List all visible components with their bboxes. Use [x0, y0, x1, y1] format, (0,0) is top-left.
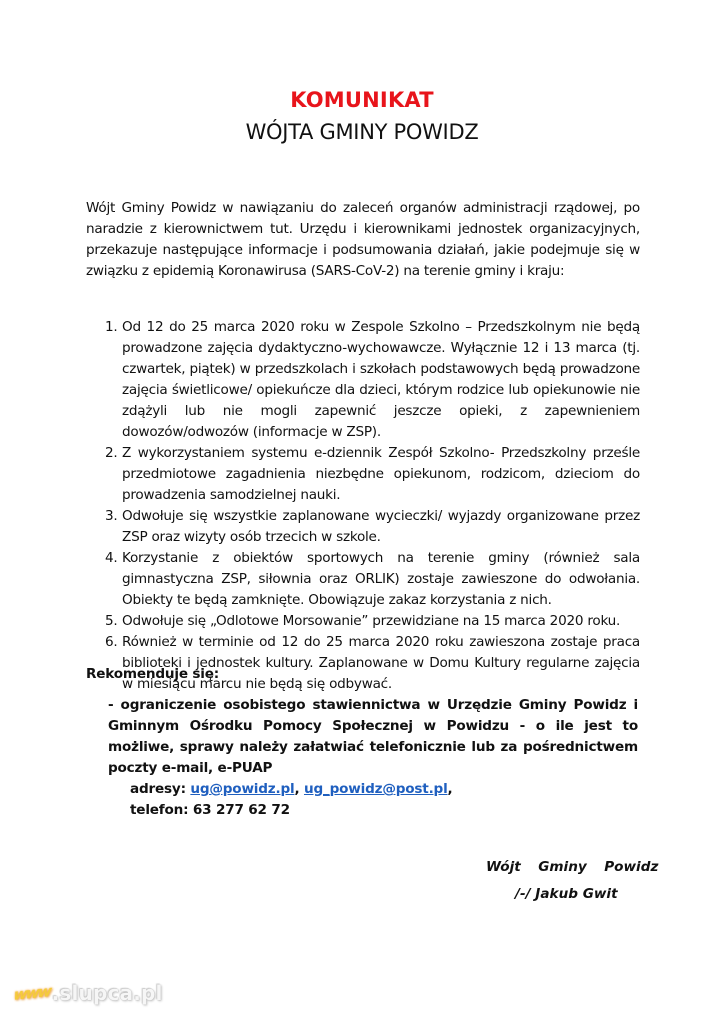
- list-item-text: Odwołuje się wszystkie zaplanowane wycie…: [122, 508, 640, 545]
- list-item: 3. Odwołuje się wszystkie zaplanowane wy…: [86, 506, 640, 548]
- announcement-subtitle: WÓJTA GMINY POWIDZ: [0, 118, 724, 146]
- list-item-number: 3.: [105, 506, 117, 527]
- list-item-text: Odwołuje się „Odlotowe Morsowanie” przew…: [122, 613, 620, 629]
- measures-list: 1. Od 12 do 25 marca 2020 roku w Zespole…: [86, 317, 640, 695]
- list-item-number: 4.: [105, 548, 117, 569]
- recommendation-text: - ograniczenie osobistego stawiennictwa …: [108, 695, 638, 779]
- intro-paragraph: Wójt Gminy Powidz w nawiązaniu do zalece…: [86, 198, 640, 282]
- watermark-logo: www .slupca.pl: [14, 976, 163, 1010]
- list-item-number: 2.: [105, 443, 117, 464]
- announcement-title: KOMUNIKAT: [0, 86, 724, 114]
- phone-number: 63 277 62 72: [193, 802, 290, 818]
- email-trailing-comma: ,: [448, 781, 453, 797]
- list-item-number: 1.: [105, 317, 117, 338]
- phone-line: telefon: 63 277 62 72: [130, 800, 453, 821]
- signature-title: Wójt Gminy Powidz: [486, 857, 658, 878]
- email-separator: ,: [294, 781, 299, 797]
- list-item: 1. Od 12 do 25 marca 2020 roku w Zespole…: [86, 317, 640, 443]
- list-item: 2. Z wykorzystaniem systemu e-dziennik Z…: [86, 443, 640, 506]
- announcement-page: KOMUNIKAT WÓJTA GMINY POWIDZ Wójt Gminy …: [0, 0, 724, 1024]
- list-item-number: 5.: [105, 611, 117, 632]
- list-item-text: Od 12 do 25 marca 2020 roku w Zespole Sz…: [122, 319, 640, 440]
- list-item-number: 6.: [105, 632, 117, 653]
- watermark-domain: .slupca.pl: [52, 981, 163, 1005]
- recommendation-heading: Rekomenduje się:: [86, 664, 219, 685]
- email-link-2[interactable]: ug_powidz@post.pl: [304, 781, 448, 797]
- phone-label: telefon:: [130, 802, 188, 818]
- list-item: 4. Korzystanie z obiektów sportowych na …: [86, 548, 640, 611]
- contact-block: adresy: ug@powidz.pl, ug_powidz@post.pl,…: [130, 779, 453, 821]
- signature-name: /-/ Jakub Gwit: [515, 884, 618, 905]
- addresses-label: adresy:: [130, 781, 186, 797]
- email-link-1[interactable]: ug@powidz.pl: [190, 781, 294, 797]
- email-line: adresy: ug@powidz.pl, ug_powidz@post.pl,: [130, 779, 453, 800]
- watermark-www: www: [13, 982, 51, 1004]
- list-item-text: Z wykorzystaniem systemu e-dziennik Zesp…: [122, 445, 640, 503]
- list-item: 5. Odwołuje się „Odlotowe Morsowanie” pr…: [86, 611, 640, 632]
- list-item-text: Korzystanie z obiektów sportowych na ter…: [122, 550, 640, 608]
